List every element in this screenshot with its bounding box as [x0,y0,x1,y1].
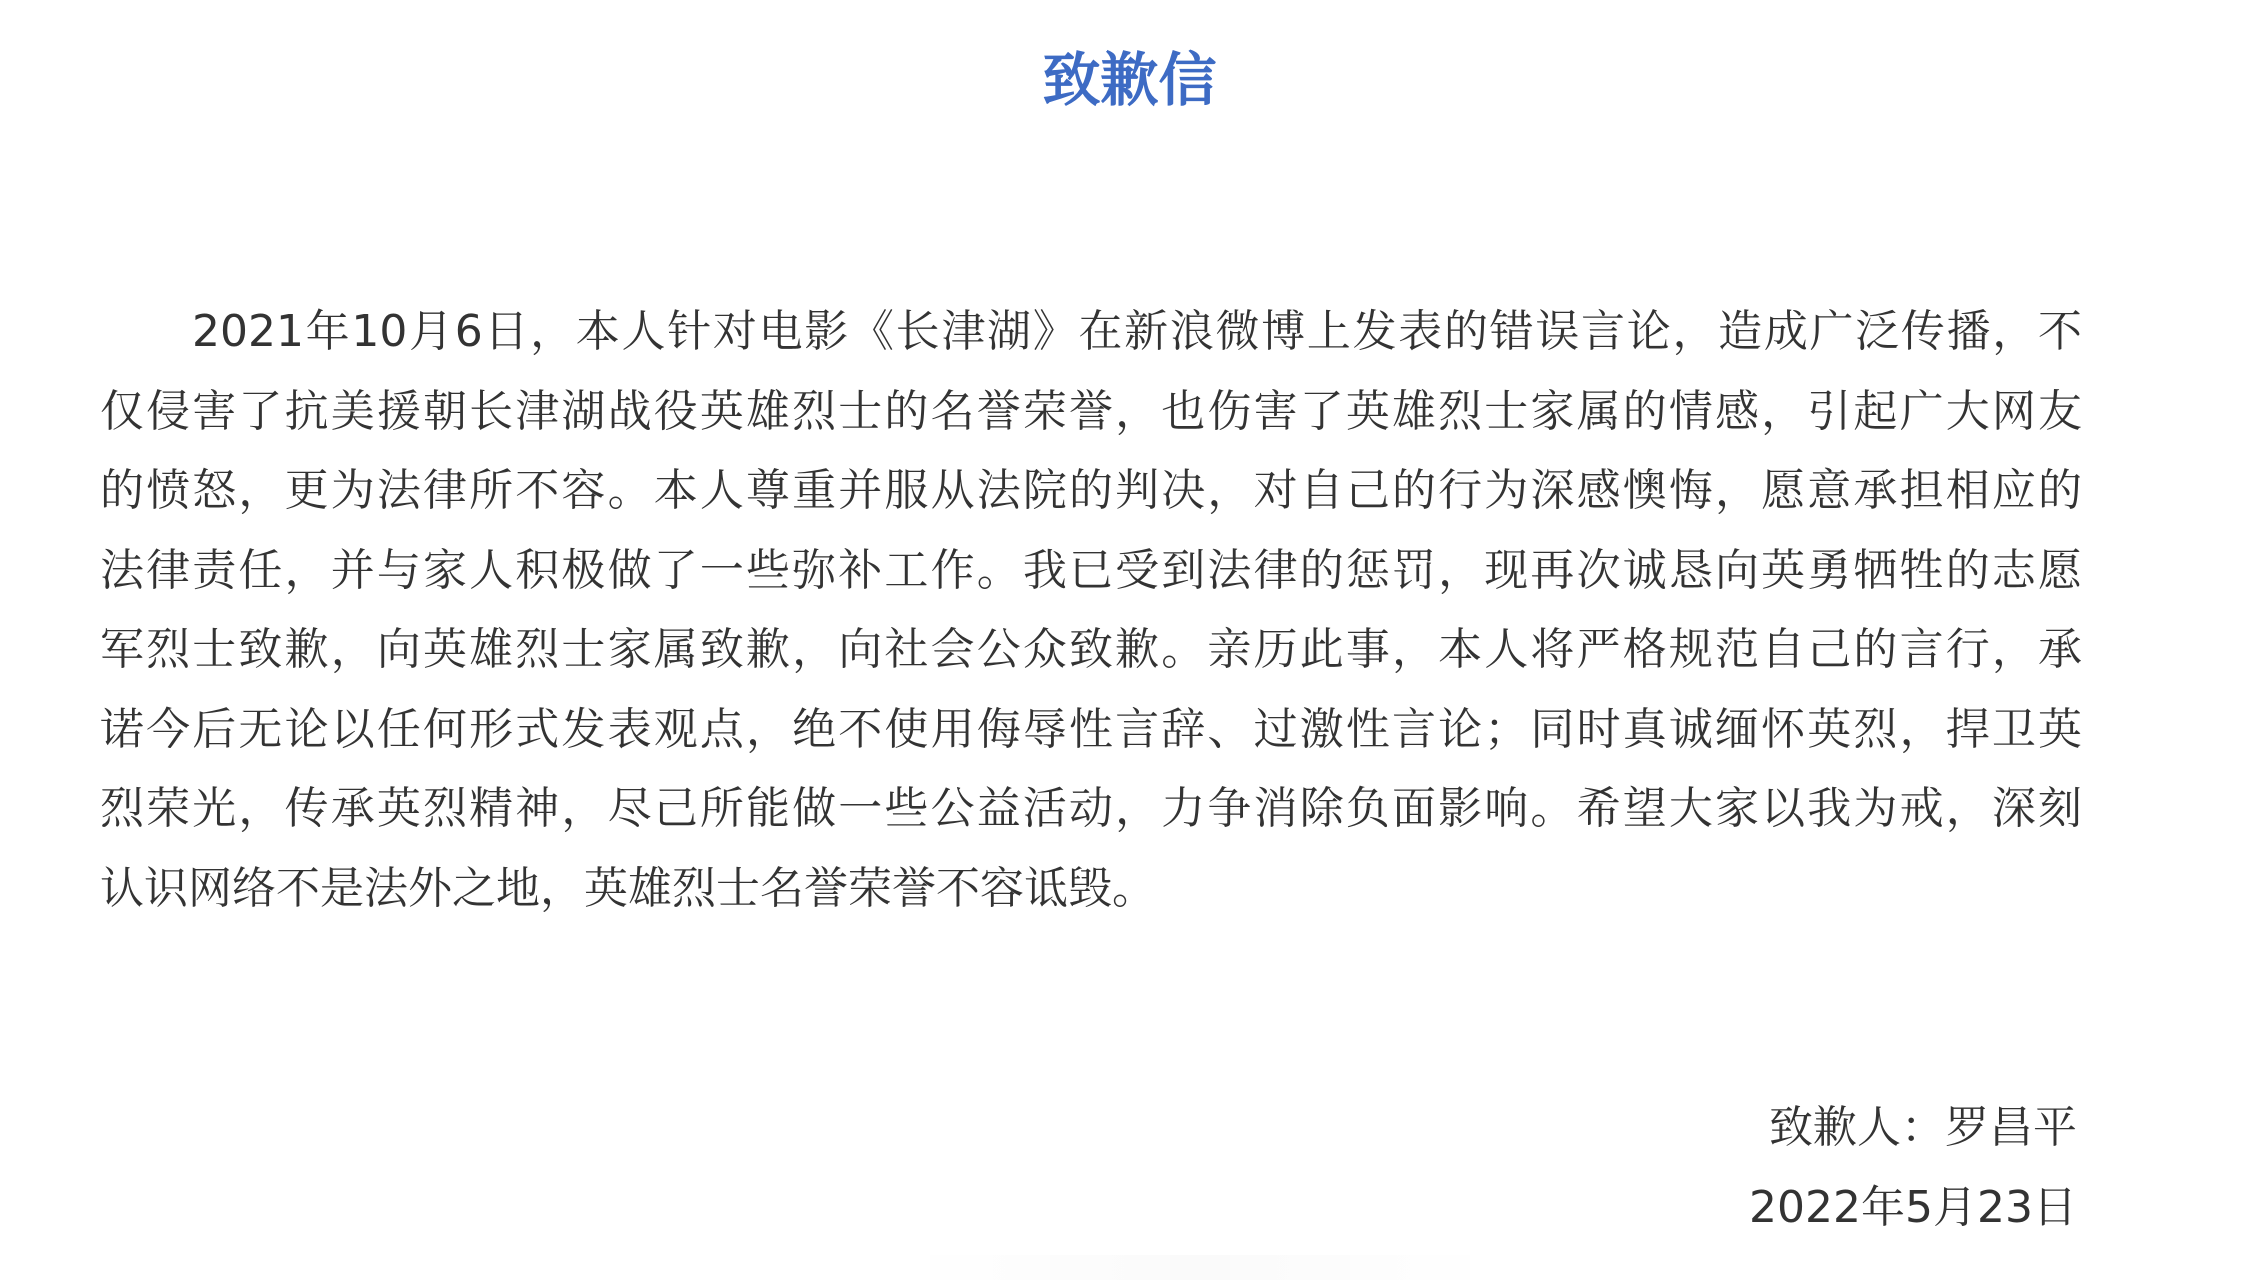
letter-body: 2021年10月6日，本人针对电影《长津湖》在新浪微博上发表的错误言论，造成广泛… [100,292,2082,928]
body-line: 认识网络不是法外之地，英雄烈士名誉荣誉不容诋毁。 [100,849,2082,929]
body-line: 军烈士致歉，向英雄烈士家属致歉，向社会公众致歉。亲历此事，本人将严格规范自己的言… [100,610,2082,690]
letter-date: 2022年5月23日 [1749,1168,2077,1248]
body-line: 2021年10月6日，本人针对电影《长津湖》在新浪微博上发表的错误言论，造成广泛… [100,292,2082,372]
body-line: 诺今后无论以任何形式发表观点，绝不使用侮辱性言辞、过激性言论；同时真诚缅怀英烈，… [100,690,2082,770]
body-line: 烈荣光，传承英烈精神，尽己所能做一些公益活动，力争消除负面影响。希望大家以我为戒… [100,769,2082,849]
body-line: 法律责任，并与家人积极做了一些弥补工作。我已受到法律的惩罚，现再次诚恳向英勇牺牲… [100,531,2082,611]
watermark [900,1255,1500,1280]
letter-title: 致歉信 [0,42,2259,118]
signature: 致歉人：罗昌平 [1769,1088,2077,1168]
body-line: 的愤怒，更为法律所不容。本人尊重并服从法院的判决，对自己的行为深感懊悔，愿意承担… [100,451,2082,531]
body-line: 仅侵害了抗美援朝长津湖战役英雄烈士的名誉荣誉，也伤害了英雄烈士家属的情感，引起广… [100,372,2082,452]
